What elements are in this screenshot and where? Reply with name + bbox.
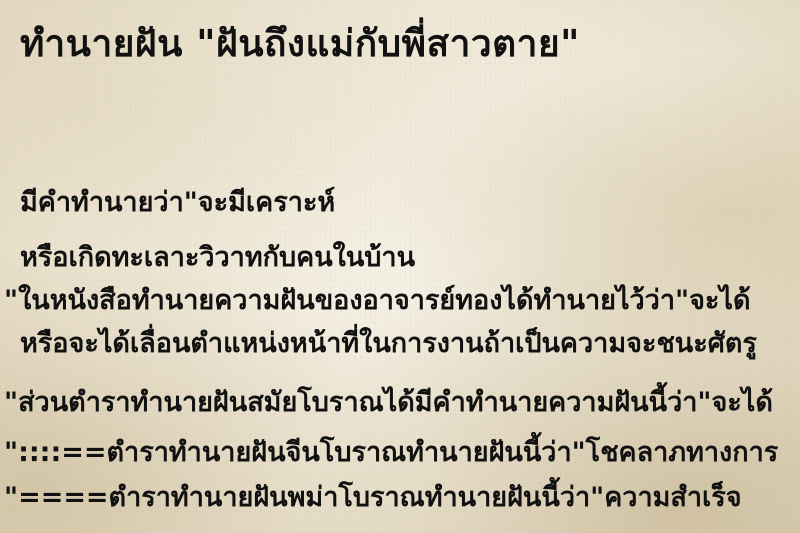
text-line: หรือจะได้เลื่อนตำแหน่งหน้าที่ในการงานถ้า… [20, 327, 757, 361]
text-line: "ในหนังสือทำนายความฝันของอาจารย์ทองได้ทำ… [4, 284, 751, 318]
text-line: มีคำทำนายว่า"จะมีเคราะห์ [20, 186, 335, 220]
text-line: "ส่วนตำราทำนายฝันสมัยโบราณได้มีคำทำนายคว… [4, 386, 773, 420]
text-line: หรือเกิดทะเลาะวิวาทกับคนในบ้าน [20, 241, 415, 275]
text-line: "====ตำราทำนายฝันพม่าโบราณทำนายฝันนี้ว่า… [4, 481, 742, 515]
page-title: ทำนายฝัน "ฝันถึงแม่กับพี่สาวตาย" [20, 14, 580, 73]
text-line: "::::==ตำราทำนายฝันจีนโบราณทำนายฝันนี้ว่… [4, 436, 778, 470]
